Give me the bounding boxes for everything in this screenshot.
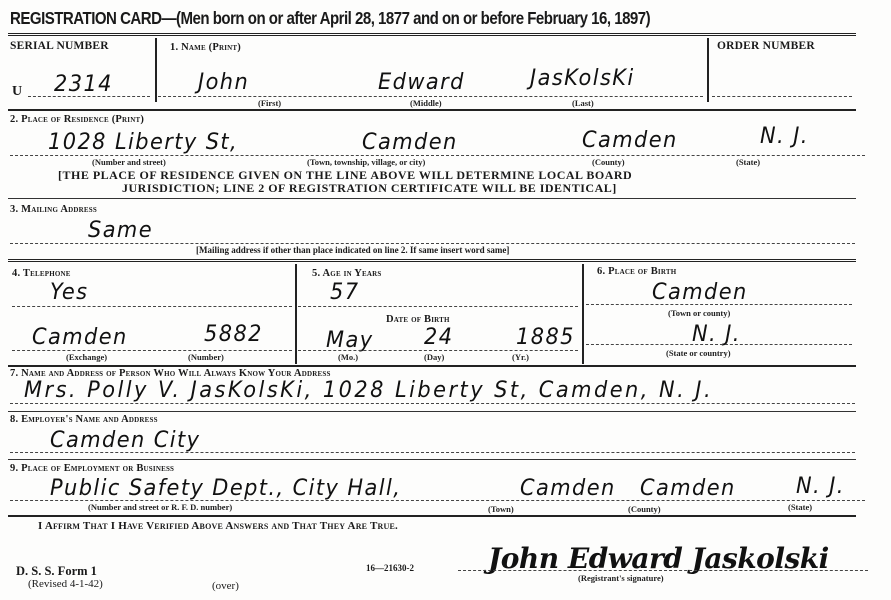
mailing-address-label: 3. Mailing Address — [10, 204, 97, 215]
age-line — [298, 306, 578, 307]
residence-line — [10, 155, 865, 156]
residence-label: 2. Place of Residence (Print) — [10, 114, 144, 125]
county-caption: (County) — [592, 157, 625, 167]
serial-number-value: 2314 — [54, 72, 113, 97]
state-caption: (State) — [736, 157, 760, 167]
telephone-number-value: 5882 — [204, 322, 263, 347]
mailing-caption: [Mailing address if other than place ind… — [196, 245, 509, 255]
order-number-label: ORDER NUMBER — [717, 40, 815, 52]
residence-street-value: 1028 Liberty St, — [48, 130, 238, 155]
employer-label: 8. Employer's Name and Address — [10, 414, 158, 425]
age-label: 5. Age in Years — [312, 268, 382, 279]
dob-line — [298, 350, 578, 351]
telephone-value: Yes — [50, 280, 89, 305]
birthplace-label: 6. Place of Birth — [597, 266, 676, 277]
exchange-line — [12, 350, 292, 351]
birthplace-state-line — [586, 344, 852, 345]
employment-town-value: Camden — [520, 476, 616, 501]
birthplace-town-line — [586, 304, 852, 305]
town-caption: (Town, township, village, or city) — [307, 157, 425, 167]
form-revised: (Revised 4-1-42) — [28, 578, 103, 590]
first-caption: (First) — [258, 98, 281, 108]
last-name-value: JasKolsKi — [530, 66, 635, 91]
exchange-caption: (Exchange) — [66, 352, 107, 362]
row-rule — [8, 198, 856, 199]
dob-label: Date of Birth — [386, 314, 450, 325]
employment-street-value: Public Safety Dept., City Hall, — [50, 476, 401, 501]
middle-name-value: Edward — [378, 70, 465, 95]
row-rule — [8, 365, 856, 367]
telephone-line — [12, 306, 292, 307]
order-line — [712, 96, 852, 97]
contact-value: Mrs. Polly V. JasKolsKi, 1028 Liberty St… — [24, 378, 713, 403]
birth-year-value: 1885 — [516, 325, 575, 350]
residence-state-value: N. J. — [760, 124, 809, 149]
month-caption: (Mo.) — [338, 352, 358, 362]
number-caption: (Number) — [188, 352, 224, 362]
divider — [155, 38, 157, 102]
middle-caption: (Middle) — [410, 98, 442, 108]
employment-label: 9. Place of Employment or Business — [10, 463, 174, 474]
birthplace-town-caption: (Town or county) — [668, 308, 730, 318]
serial-number-label: SERIAL NUMBER — [10, 40, 109, 52]
day-caption: (Day) — [424, 352, 444, 362]
name-label: 1. Name (Print) — [170, 42, 241, 53]
birth-day-value: 24 — [424, 325, 453, 350]
row-rule — [8, 411, 856, 412]
employment-street-caption: (Number and street or R. F. D. number) — [88, 502, 232, 512]
divider — [295, 264, 297, 364]
mailing-line — [10, 243, 855, 244]
signature-caption: (Registrant's signature) — [578, 573, 664, 583]
employment-line — [10, 500, 865, 501]
card-title: REGISTRATION CARD—(Men born on or after … — [10, 8, 650, 29]
row-rule — [8, 459, 856, 460]
divider — [582, 264, 584, 364]
year-caption: (Yr.) — [512, 352, 529, 362]
mailing-address-value: Same — [88, 218, 153, 243]
name-line — [158, 96, 703, 97]
divider — [707, 38, 709, 102]
row-rule — [8, 109, 856, 111]
telephone-label: 4. Telephone — [12, 268, 71, 279]
affirmation-text: I Affirm That I Have Verified Above Answ… — [38, 520, 398, 532]
contact-line — [10, 403, 855, 404]
title-rule — [8, 33, 856, 37]
residence-notice-line2: JURISDICTION; LINE 2 OF REGISTRATION CER… — [122, 181, 617, 196]
telephone-exchange-value: Camden — [32, 325, 128, 350]
first-name-value: John — [198, 70, 249, 95]
employment-town-caption: (Town) — [488, 504, 514, 514]
over-note: (over) — [212, 580, 239, 592]
birthplace-town-value: Camden — [652, 280, 748, 305]
employment-state-value: N. J. — [796, 474, 845, 499]
signature-line — [458, 570, 868, 571]
form-number: D. S. S. Form 1 — [16, 564, 97, 579]
last-caption: (Last) — [572, 98, 594, 108]
street-caption: (Number and street) — [92, 157, 166, 167]
row-rule — [8, 259, 856, 263]
employment-county-caption: (County) — [628, 504, 661, 514]
residence-town-value: Camden — [362, 130, 458, 155]
print-code: 16—21630-2 — [366, 563, 414, 573]
employer-line — [10, 452, 855, 453]
row-rule — [8, 515, 856, 517]
registration-card: REGISTRATION CARD—(Men born on or after … — [0, 0, 891, 600]
employment-state-caption: (State) — [788, 502, 812, 512]
residence-county-value: Camden — [582, 128, 678, 153]
serial-prefix: U — [12, 84, 23, 100]
employer-value: Camden City — [50, 428, 200, 453]
age-value: 57 — [330, 280, 359, 305]
employment-county-value: Camden — [640, 476, 736, 501]
birthplace-state-caption: (State or country) — [666, 348, 731, 358]
